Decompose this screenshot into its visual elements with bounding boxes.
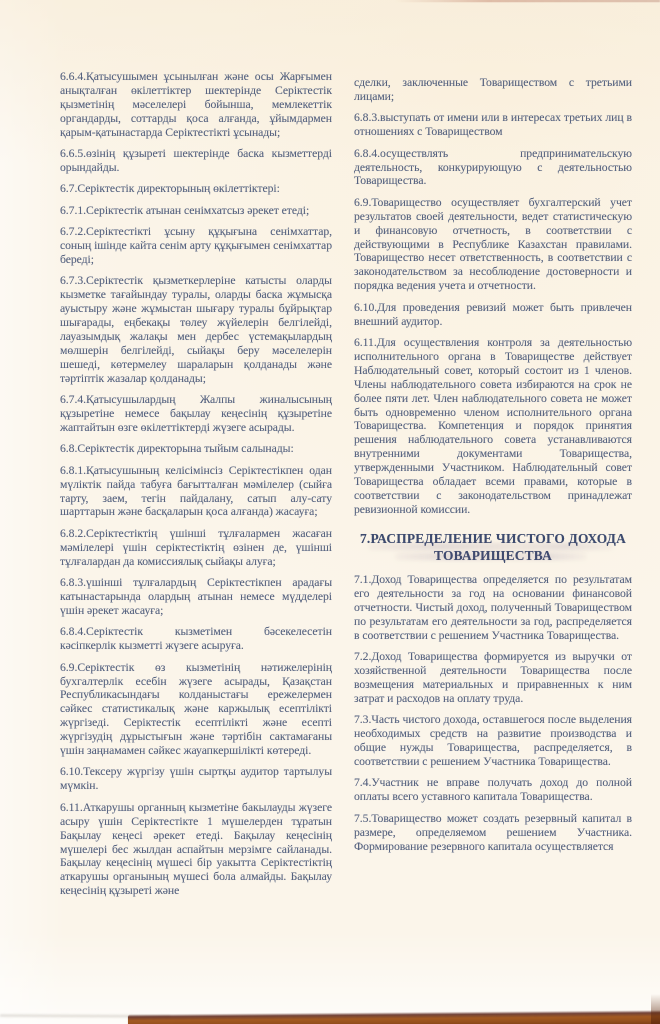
text-column-right: сделки, заключенные Товариществом с трет… (354, 70, 632, 906)
right-column-bottom-paragraphs: 7.1.Доход Товарищества определяется по р… (354, 573, 632, 853)
paragraph: 6.8.3.үшінші тұлғалардың Серіктестікпен … (60, 576, 332, 618)
paragraph: сделки, заключенные Товариществом с трет… (354, 76, 632, 104)
paragraph: 6.7.3.Серіктестік қызметкерлеріне катыст… (60, 274, 332, 385)
paragraph: 7.5.Товарищество может создать резервный… (354, 812, 632, 854)
paragraph: 6.8.Серіктестік директорына тыйым салына… (60, 442, 332, 456)
paragraph: 6.10.Для проведения ревизий может быть п… (354, 301, 632, 329)
paragraph: 6.8.1.Қатысушының келісімінсіз Серіктест… (60, 464, 332, 520)
paragraph: 6.7.Серіктестік директорының өкілеттікте… (60, 182, 332, 196)
paragraph: 6.11.Для осуществления контроля за деяте… (354, 336, 632, 517)
paragraph: 7.2.Доход Товарищества формируется из вы… (354, 650, 632, 706)
paragraph: 6.9.Серіктестік өз кызметінің нәтижелері… (60, 661, 332, 758)
paragraph: 6.8.4.осуществлять предпринимательскую д… (354, 147, 632, 189)
paragraph: 6.6.5.өзінің құзыреті шектерінде баска к… (60, 147, 332, 175)
paragraph: 6.8.2.Серіктестіктің үшінші тұлғалармен … (60, 527, 332, 569)
paragraph: 7.4.Участник не вправе получать доход до… (354, 776, 632, 804)
paragraph: 7.1.Доход Товарищества определяется по р… (354, 573, 632, 643)
section-heading: 7.РАСПРЕДЕЛЕНИЕ ЧИСТОГО ДОХОДА ТОВАРИЩЕС… (360, 530, 626, 564)
paragraph: 6.7.1.Серіктестік атынан сенімхатсыз әре… (60, 204, 332, 218)
table-edge-corner (651, 994, 660, 1024)
paragraph: 6.7.4.Қатысушылардың Жалпы жиналысының қ… (60, 393, 332, 435)
paragraph: 6.7.2.Серіктестікті ұсыну құқығына сенім… (60, 225, 332, 267)
paragraph: 6.6.4.Қатысушымен ұсынылған және осы Жар… (60, 70, 332, 140)
text-column-left: 6.6.4.Қатысушымен ұсынылған және осы Жар… (60, 70, 332, 906)
paragraph: 6.11.Аткарушы органның кызметіне бакылау… (60, 801, 332, 898)
paragraph: 6.8.4.Серіктестік кызметімен бәсекелесет… (60, 625, 332, 653)
document-page: 6.6.4.Қатысушымен ұсынылған және осы Жар… (0, 0, 660, 1024)
table-edge-strip (128, 1010, 660, 1024)
paragraph: 6.8.3.выступать от имени или в интересах… (354, 111, 632, 139)
paragraph: 6.9.Товарищество осуществляет бухгалтерс… (354, 196, 632, 293)
paragraph: 7.3.Часть чистого дохода, оставшегося по… (354, 713, 632, 769)
right-column-top-paragraphs: сделки, заключенные Товариществом с трет… (354, 76, 632, 517)
paragraph: 6.10.Тексеру жүргізу үшін сыртқы аудитор… (60, 765, 332, 793)
two-column-text-layout: 6.6.4.Қатысушымен ұсынылған және осы Жар… (0, 0, 660, 906)
